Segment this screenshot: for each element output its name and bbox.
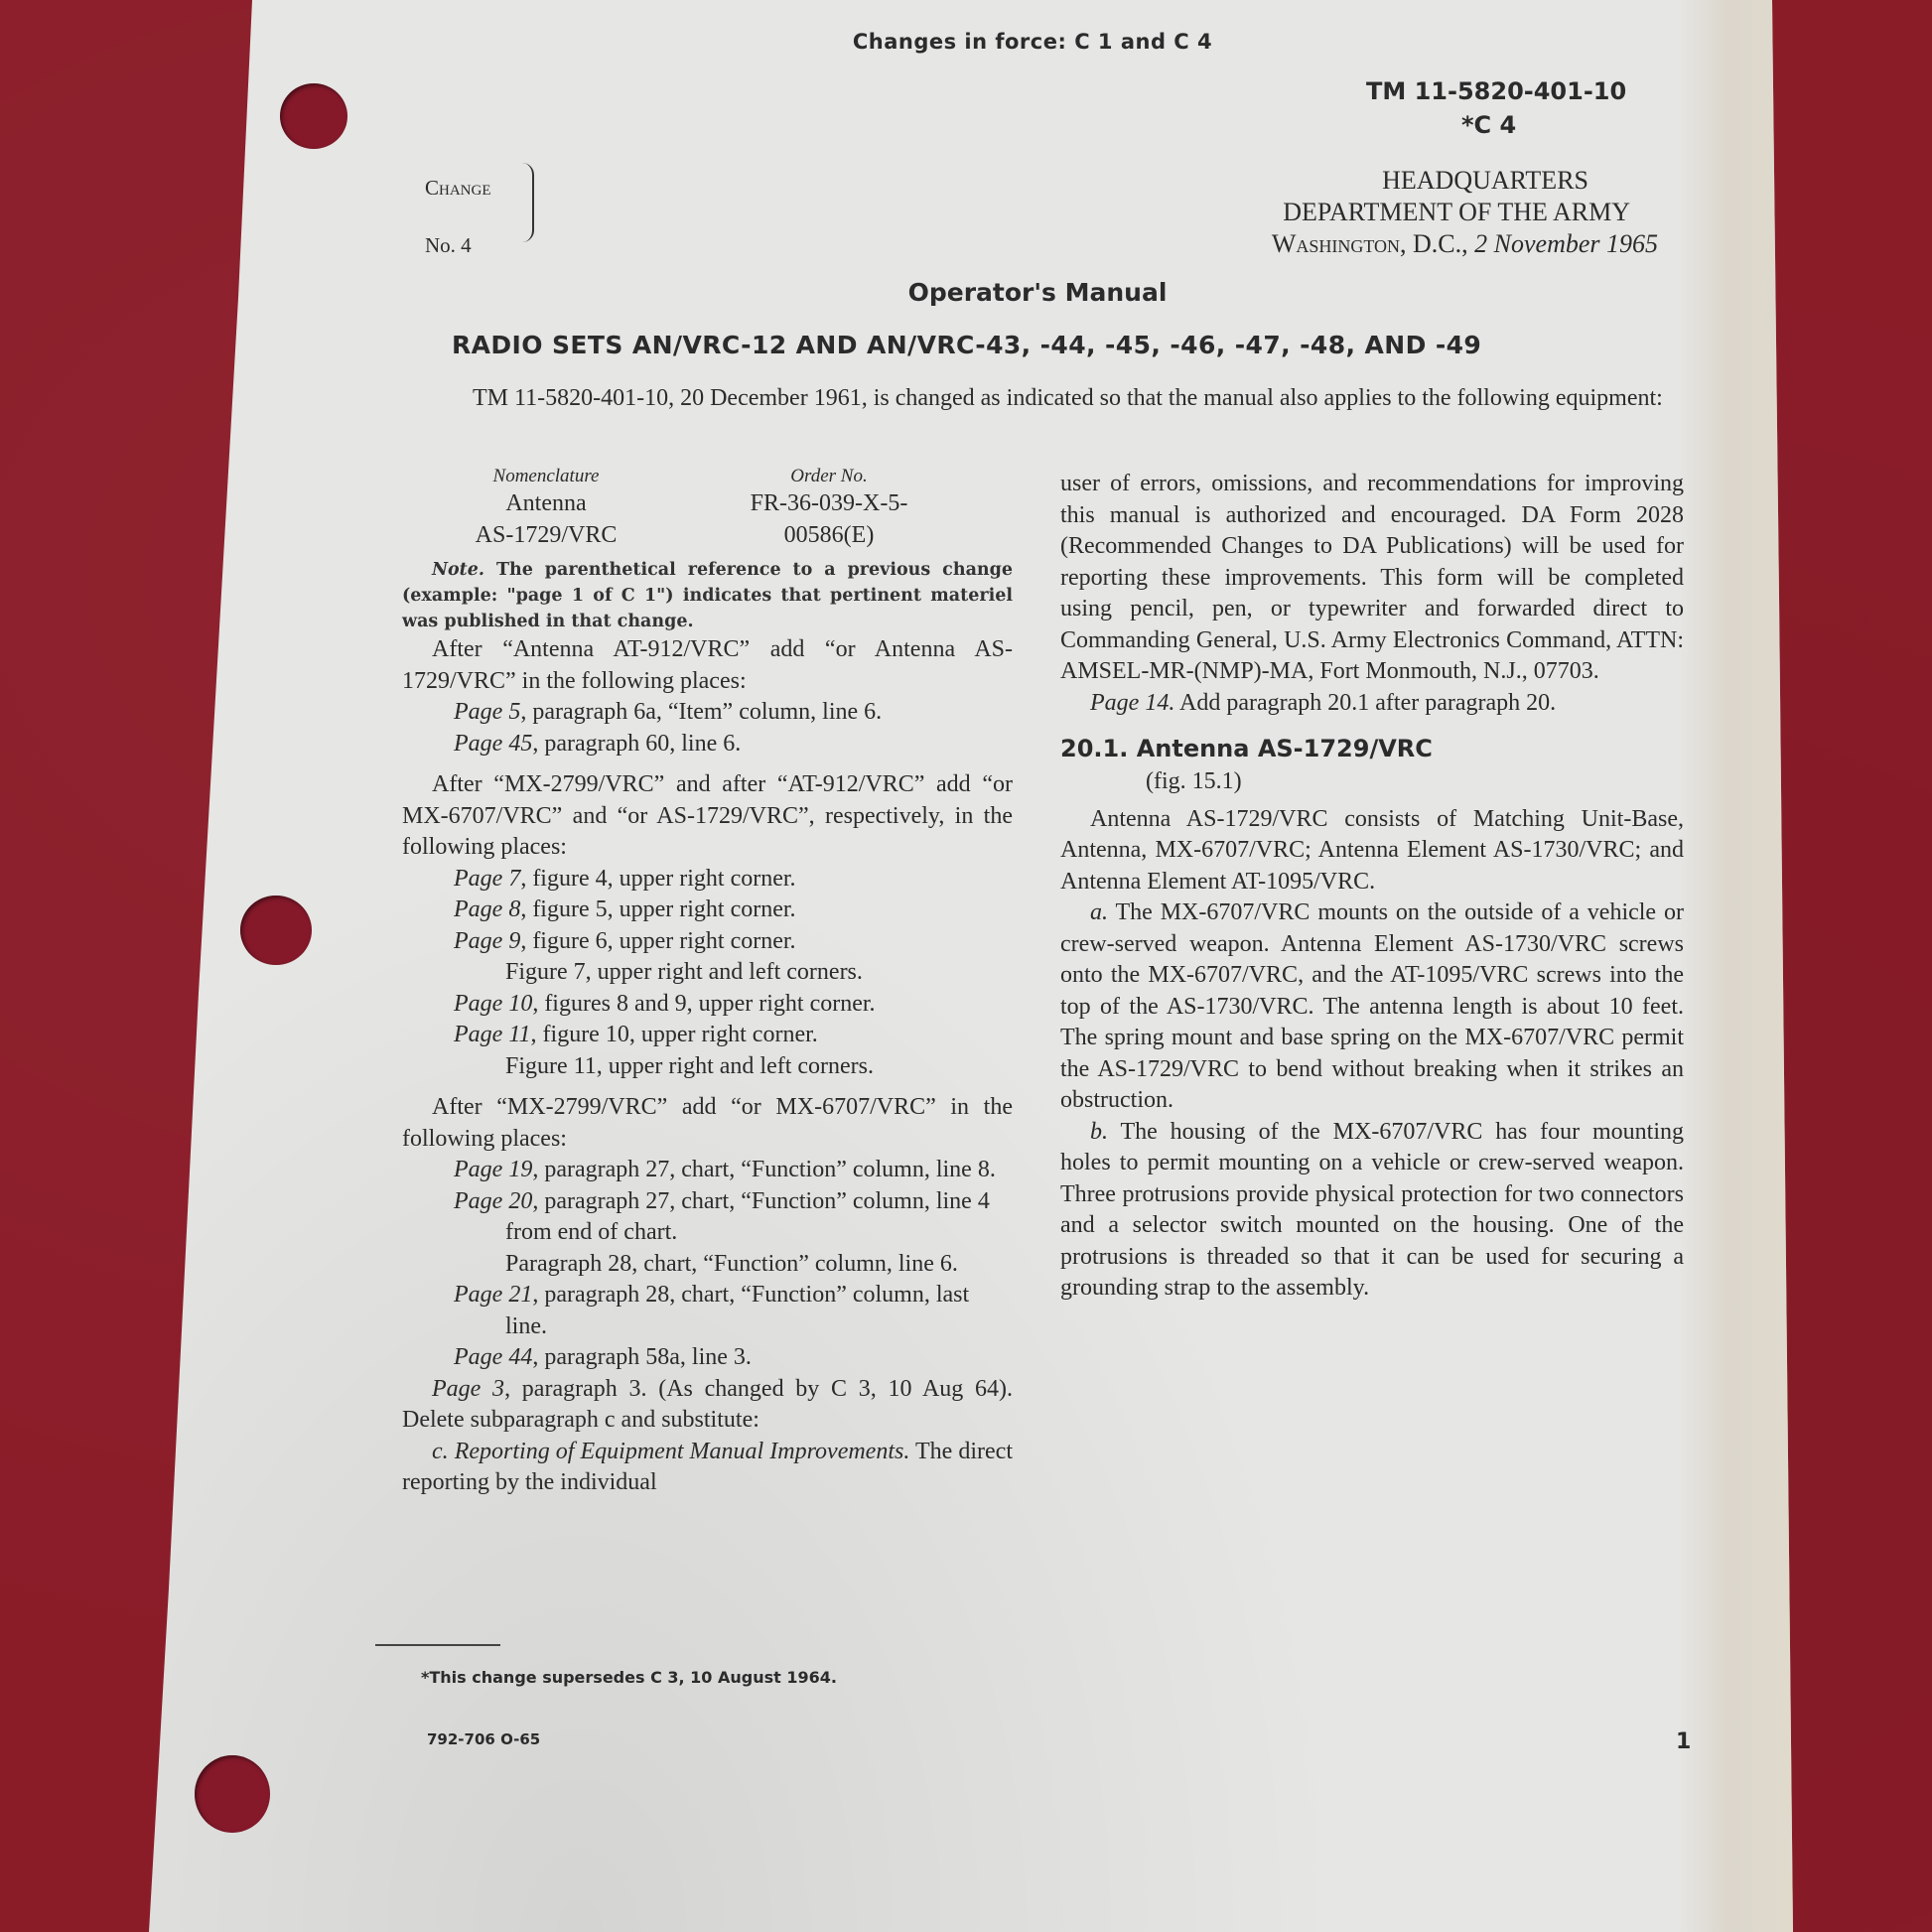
reference-text: Figure 11, upper right and left corners. <box>505 1053 874 1079</box>
change-number: No. 4 <box>425 216 491 274</box>
para-text: The housing of the MX-6707/VRC has four … <box>1060 1119 1684 1302</box>
instruction-1: After “Antenna AT-912/VRC” add “or Anten… <box>402 634 1013 697</box>
reporting-paragraph: c. Reporting of Equipment Manual Improve… <box>402 1437 1013 1499</box>
paragraph-b: b. The housing of the MX-6707/VRC has fo… <box>1060 1117 1684 1305</box>
paragraph-a: a. The MX-6707/VRC mounts on the outside… <box>1060 897 1684 1117</box>
reference-item: Page 9, figure 6, upper right corner. <box>402 926 1013 958</box>
table-cell-order-no: FR-36-039-X-5- 00586(E) <box>690 488 968 551</box>
reference-item: Paragraph 28, chart, “Function” column, … <box>402 1249 1013 1281</box>
reference-text: , paragraph 27, chart, “Function” column… <box>505 1188 990 1246</box>
reference-text: , figures 8 and 9, upper right corner. <box>532 991 875 1017</box>
equipment-table: Nomenclature Order No. Antenna AS-1729/V… <box>402 465 1013 551</box>
reference-text: Paragraph 28, chart, “Function” column, … <box>505 1251 958 1277</box>
section-figure-ref: (fig. 15.1) <box>1060 766 1684 798</box>
change-brace <box>520 163 534 242</box>
reference-text: , paragraph 28, chart, “Function” column… <box>505 1282 969 1339</box>
page-ref: Page 8 <box>454 897 520 922</box>
reference-text: , paragraph 6a, “Item” column, line 6. <box>520 699 882 725</box>
table-header-nomenclature: Nomenclature <box>402 465 690 488</box>
table-header-order-no: Order No. <box>690 465 968 488</box>
binder-hole-middle <box>240 896 312 965</box>
tm-number: TM 11-5820-401-10 <box>1366 77 1626 105</box>
hq-city: Washington, D.C., <box>1272 229 1468 258</box>
nomenclature-line: AS-1729/VRC <box>402 520 690 552</box>
reference-text: Figure 7, upper right and left corners. <box>505 959 863 985</box>
footnote: *This change supersedes C 3, 10 August 1… <box>421 1668 837 1687</box>
para-text: The MX-6707/VRC mounts on the outside of… <box>1060 899 1684 1113</box>
page-ref: Page 7 <box>454 866 520 892</box>
reference-item: Page 45, paragraph 60, line 6. <box>402 729 1013 760</box>
nomenclature-line: Antenna <box>402 488 690 520</box>
footnote-rule <box>375 1644 500 1646</box>
page-ref: Page 3 <box>432 1376 504 1402</box>
page-ref: Page 10 <box>454 991 532 1017</box>
headquarters-block: HEADQUARTERS DEPARTMENT OF THE ARMY Wash… <box>1142 165 1658 260</box>
page-ref: Page 5 <box>454 699 520 725</box>
page-ref: Page 14. <box>1090 690 1174 716</box>
reference-item: Page 44, paragraph 58a, line 3. <box>402 1342 1013 1374</box>
note-label: Note. <box>432 560 484 580</box>
reference-item: Figure 11, upper right and left corners. <box>402 1051 1013 1083</box>
manual-type: Operator's Manual <box>0 278 1932 307</box>
instruction-2-list: Page 7, figure 4, upper right corner.Pag… <box>402 864 1013 1083</box>
reference-text: , paragraph 60, line 6. <box>532 731 741 757</box>
change-code: *C 4 <box>1461 111 1516 139</box>
reference-text: , paragraph 58a, line 3. <box>532 1344 752 1370</box>
hq-line1: HEADQUARTERS <box>1142 165 1658 197</box>
reference-text: , figure 4, upper right corner. <box>520 866 795 892</box>
changes-in-force: Changes in force: C 1 and C 4 <box>0 30 1932 54</box>
order-line: FR-36-039-X-5- <box>690 488 968 520</box>
page14-instruction: Page 14. Add paragraph 20.1 after paragr… <box>1060 688 1684 720</box>
reporting-heading: c. Reporting of Equipment Manual Improve… <box>432 1439 909 1464</box>
page-ref: Page 21 <box>454 1282 532 1308</box>
table-cell-nomenclature: Antenna AS-1729/VRC <box>402 488 690 551</box>
change-block: Change No. 4 <box>425 159 491 274</box>
reference-text: , figure 5, upper right corner. <box>520 897 795 922</box>
para-label: a. <box>1090 899 1108 925</box>
reference-text: , paragraph 27, chart, “Function” column… <box>532 1157 996 1182</box>
page14-text: Add paragraph 20.1 after paragraph 20. <box>1174 690 1556 716</box>
reference-item: Page 7, figure 4, upper right corner. <box>402 864 1013 896</box>
hq-location: Washington, D.C., 2 November 1965 <box>1142 228 1658 260</box>
page-ref: Page 20 <box>454 1188 532 1214</box>
print-code: 792-706 O-65 <box>427 1730 540 1748</box>
reference-item: Page 10, figures 8 and 9, upper right co… <box>402 989 1013 1021</box>
change-label: Change <box>425 159 491 216</box>
document-title: RADIO SETS AN/VRC-12 AND AN/VRC-43, -44,… <box>452 331 1481 359</box>
binder-hole-bottom <box>195 1755 270 1833</box>
reference-item: Page 20, paragraph 27, chart, “Function”… <box>402 1186 1013 1249</box>
reference-item: Figure 7, upper right and left corners. <box>402 957 1013 989</box>
instruction-2: After “MX-2799/VRC” and after “AT-912/VR… <box>402 769 1013 864</box>
note-text: The parenthetical reference to a previou… <box>402 560 1013 631</box>
instruction-3: After “MX-2799/VRC” add “or MX-6707/VRC”… <box>402 1092 1013 1155</box>
reference-item: Page 5, paragraph 6a, “Item” column, lin… <box>402 697 1013 729</box>
page3-instruction: Page 3, paragraph 3. (As changed by C 3,… <box>402 1374 1013 1437</box>
order-line: 00586(E) <box>690 520 968 552</box>
reference-item: Page 19, paragraph 27, chart, “Function”… <box>402 1155 1013 1186</box>
reference-item: Page 11, figure 10, upper right corner. <box>402 1020 1013 1051</box>
instruction-3-list: Page 19, paragraph 27, chart, “Function”… <box>402 1155 1013 1374</box>
binder-hole-top <box>280 83 347 149</box>
intro-paragraph: TM 11-5820-401-10, 20 December 1961, is … <box>417 385 1670 411</box>
instruction-1-list: Page 5, paragraph 6a, “Item” column, lin… <box>402 697 1013 759</box>
right-column: user of errors, omissions, and recommend… <box>1060 469 1684 1305</box>
para-label: b. <box>1090 1119 1108 1145</box>
section-intro: Antenna AS-1729/VRC consists of Matching… <box>1060 804 1684 898</box>
page-ref: Page 44 <box>454 1344 532 1370</box>
hq-line2: DEPARTMENT OF THE ARMY <box>1142 197 1658 228</box>
page-number: 1 <box>1676 1729 1691 1754</box>
section-heading: 20.1. Antenna AS-1729/VRC <box>1060 731 1684 766</box>
reference-text: , figure 6, upper right corner. <box>520 928 795 954</box>
note: Note. The parenthetical reference to a p… <box>402 557 1013 634</box>
page-ref: Page 11 <box>454 1022 531 1047</box>
reference-item: Page 21, paragraph 28, chart, “Function”… <box>402 1280 1013 1342</box>
page-ref: Page 45 <box>454 731 532 757</box>
hq-date: 2 November 1965 <box>1474 229 1658 258</box>
left-column: Nomenclature Order No. Antenna AS-1729/V… <box>402 465 1013 1499</box>
reporting-continuation: user of errors, omissions, and recommend… <box>1060 469 1684 688</box>
reference-text: , figure 10, upper right corner. <box>531 1022 818 1047</box>
page-ref: Page 9 <box>454 928 520 954</box>
page-ref: Page 19 <box>454 1157 532 1182</box>
reference-item: Page 8, figure 5, upper right corner. <box>402 895 1013 926</box>
